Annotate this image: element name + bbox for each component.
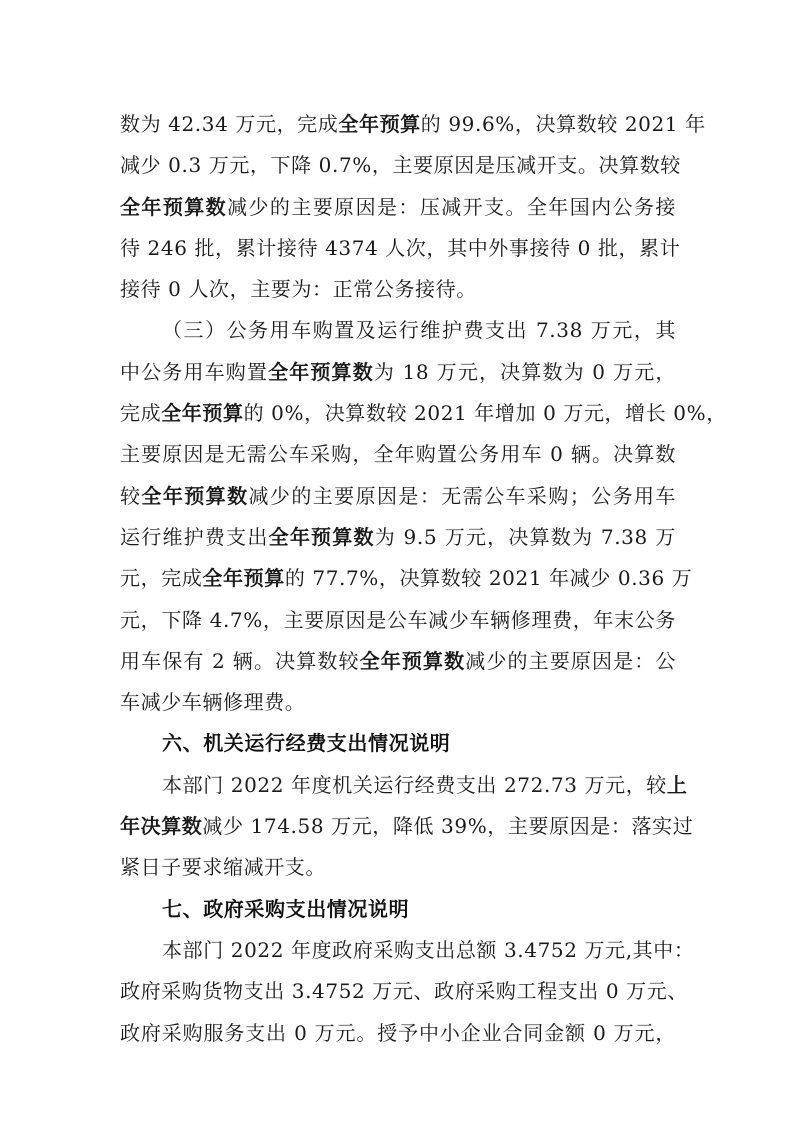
- bold-term: 全年预算数: [268, 360, 374, 384]
- text-run: 政府采购服务支出 0 万元。授予中小企业合同金额 0 万元，: [120, 1021, 676, 1045]
- text-line: 政府采购服务支出 0 万元。授予中小企业合同金额 0 万元，: [120, 1013, 676, 1054]
- bold-term: 上: [667, 773, 688, 797]
- text-line: （三）公务用车购置及运行维护费支出 7.38 万元，其: [120, 310, 676, 351]
- document-page: 数为 42.34 万元，完成全年预算的 99.6%，决算数较 2021 年 减少…: [120, 104, 676, 1054]
- text-run: 减少的主要原因是：压减开支。全年国内公务接: [227, 195, 676, 219]
- text-run: 的 99.6%，决算数较 2021 年: [421, 112, 706, 136]
- text-line: 政府采购货物支出 3.4752 万元、政府采购工程支出 0 万元、: [120, 971, 676, 1012]
- bold-term: 全年预算数: [360, 649, 466, 673]
- text-run: 政府采购货物支出 3.4752 万元、政府采购工程支出 0 万元、: [120, 979, 688, 1003]
- text-line: 主要原因是无需公车采购，全年购置公务用车 0 辆。决算数: [120, 434, 676, 475]
- text-run: 接待 0 人次，主要为：正常公务接待。: [120, 277, 477, 301]
- text-line: 车减少车辆修理费。: [120, 682, 676, 723]
- paragraph-vehicle-expense: （三）公务用车购置及运行维护费支出 7.38 万元，其 中公务用车购置全年预算数…: [120, 310, 676, 723]
- bold-term: 年决算数: [120, 814, 202, 838]
- bold-term: 全年预算数: [120, 195, 227, 219]
- text-line: 用车保有 2 辆。决算数较全年预算数减少的主要原因是：公: [120, 641, 676, 682]
- bold-term: 全年预算: [161, 401, 243, 425]
- bold-term: 全年预算: [338, 112, 420, 136]
- bold-term: 全年预算数: [141, 484, 248, 508]
- text-line: 本部门 2022 年度机关运行经费支出 272.73 万元，较上: [120, 765, 676, 806]
- text-line: 较全年预算数减少的主要原因是：无需公车采购；公务用车: [120, 476, 676, 517]
- text-line: 本部门 2022 年度政府采购支出总额 3.4752 万元,其中：: [120, 930, 676, 971]
- text-run: （三）公务用车购置及运行维护费支出 7.38 万元，其: [162, 318, 676, 342]
- bold-term: 全年预算: [202, 566, 284, 590]
- text-line: 待 246 批，累计接待 4374 人次，其中外事接待 0 批，累计: [120, 228, 676, 269]
- text-line: 中公务用车购置全年预算数为 18 万元，决算数为 0 万元，: [120, 352, 676, 393]
- text-run: 的 0%，决算数较 2021 年增加 0 万元，增长 0%，: [244, 401, 727, 425]
- text-run: 元，下降 4.7%，主要原因是公车减少车辆修理费，年末公务: [120, 608, 676, 632]
- text-run: 本部门 2022 年度政府采购支出总额 3.4752 万元,其中：: [162, 938, 694, 962]
- text-line: 运行维护费支出全年预算数为 9.5 万元，决算数为 7.38 万: [120, 517, 676, 558]
- text-line: 完成全年预算的 0%，决算数较 2021 年增加 0 万元，增长 0%，: [120, 393, 676, 434]
- text-run: 用车保有 2 辆。决算数较: [120, 649, 360, 673]
- text-run: 减少 0.3 万元，下降 0.7%，主要原因是压减开支。决算数较: [120, 153, 681, 177]
- bold-term: 全年预算数: [269, 525, 375, 549]
- text-run: 完成: [120, 401, 161, 425]
- text-line: 减少 0.3 万元，下降 0.7%，主要原因是压减开支。决算数较: [120, 145, 676, 186]
- text-run: 的 77.7%，决算数较 2021 年减少 0.36 万: [285, 566, 693, 590]
- text-run: 较: [120, 484, 141, 508]
- text-line: 数为 42.34 万元，完成全年预算的 99.6%，决算数较 2021 年: [120, 104, 676, 145]
- text-run: 紧日子要求缩减开支。: [120, 855, 326, 879]
- text-run: 为 18 万元，决算数为 0 万元，: [374, 360, 676, 384]
- text-run: 元，完成: [120, 566, 202, 590]
- text-run: 运行维护费支出: [120, 525, 269, 549]
- text-run: 中公务用车购置: [120, 360, 268, 384]
- text-run: 待 246 批，累计接待 4374 人次，其中外事接待 0 批，累计: [120, 236, 680, 260]
- text-line: 年决算数减少 174.58 万元，降低 39%，主要原因是：落实过: [120, 806, 676, 847]
- section-heading-6: 六、机关运行经费支出情况说明: [120, 723, 676, 764]
- text-line: 全年预算数减少的主要原因是：压减开支。全年国内公务接: [120, 187, 676, 228]
- text-run: 车减少车辆修理费。: [120, 690, 305, 714]
- paragraph-operating-expense: 本部门 2022 年度机关运行经费支出 272.73 万元，较上 年决算数减少 …: [120, 765, 676, 889]
- text-line: 元，完成全年预算的 77.7%，决算数较 2021 年减少 0.36 万: [120, 558, 676, 599]
- text-run: 数为 42.34 万元，完成: [120, 112, 338, 136]
- text-run: 减少的主要原因是：公: [465, 649, 676, 673]
- text-run: 减少的主要原因是：无需公车采购；公务用车: [249, 484, 677, 508]
- text-run: 减少 174.58 万元，降低 39%，主要原因是：落实过: [202, 814, 693, 838]
- text-run: 本部门 2022 年度机关运行经费支出 272.73 万元，较: [162, 773, 667, 797]
- text-line: 紧日子要求缩减开支。: [120, 847, 676, 888]
- text-run: 为 9.5 万元，决算数为 7.38 万: [375, 525, 676, 549]
- text-run: 主要原因是无需公车采购，全年购置公务用车 0 辆。决算数: [120, 442, 676, 466]
- text-line: 元，下降 4.7%，主要原因是公车减少车辆修理费，年末公务: [120, 600, 676, 641]
- text-line: 接待 0 人次，主要为：正常公务接待。: [120, 269, 676, 310]
- section-heading-7: 七、政府采购支出情况说明: [120, 889, 676, 930]
- paragraph-procurement: 本部门 2022 年度政府采购支出总额 3.4752 万元,其中： 政府采购货物…: [120, 930, 676, 1054]
- paragraph-reception-expense: 数为 42.34 万元，完成全年预算的 99.6%，决算数较 2021 年 减少…: [120, 104, 676, 310]
